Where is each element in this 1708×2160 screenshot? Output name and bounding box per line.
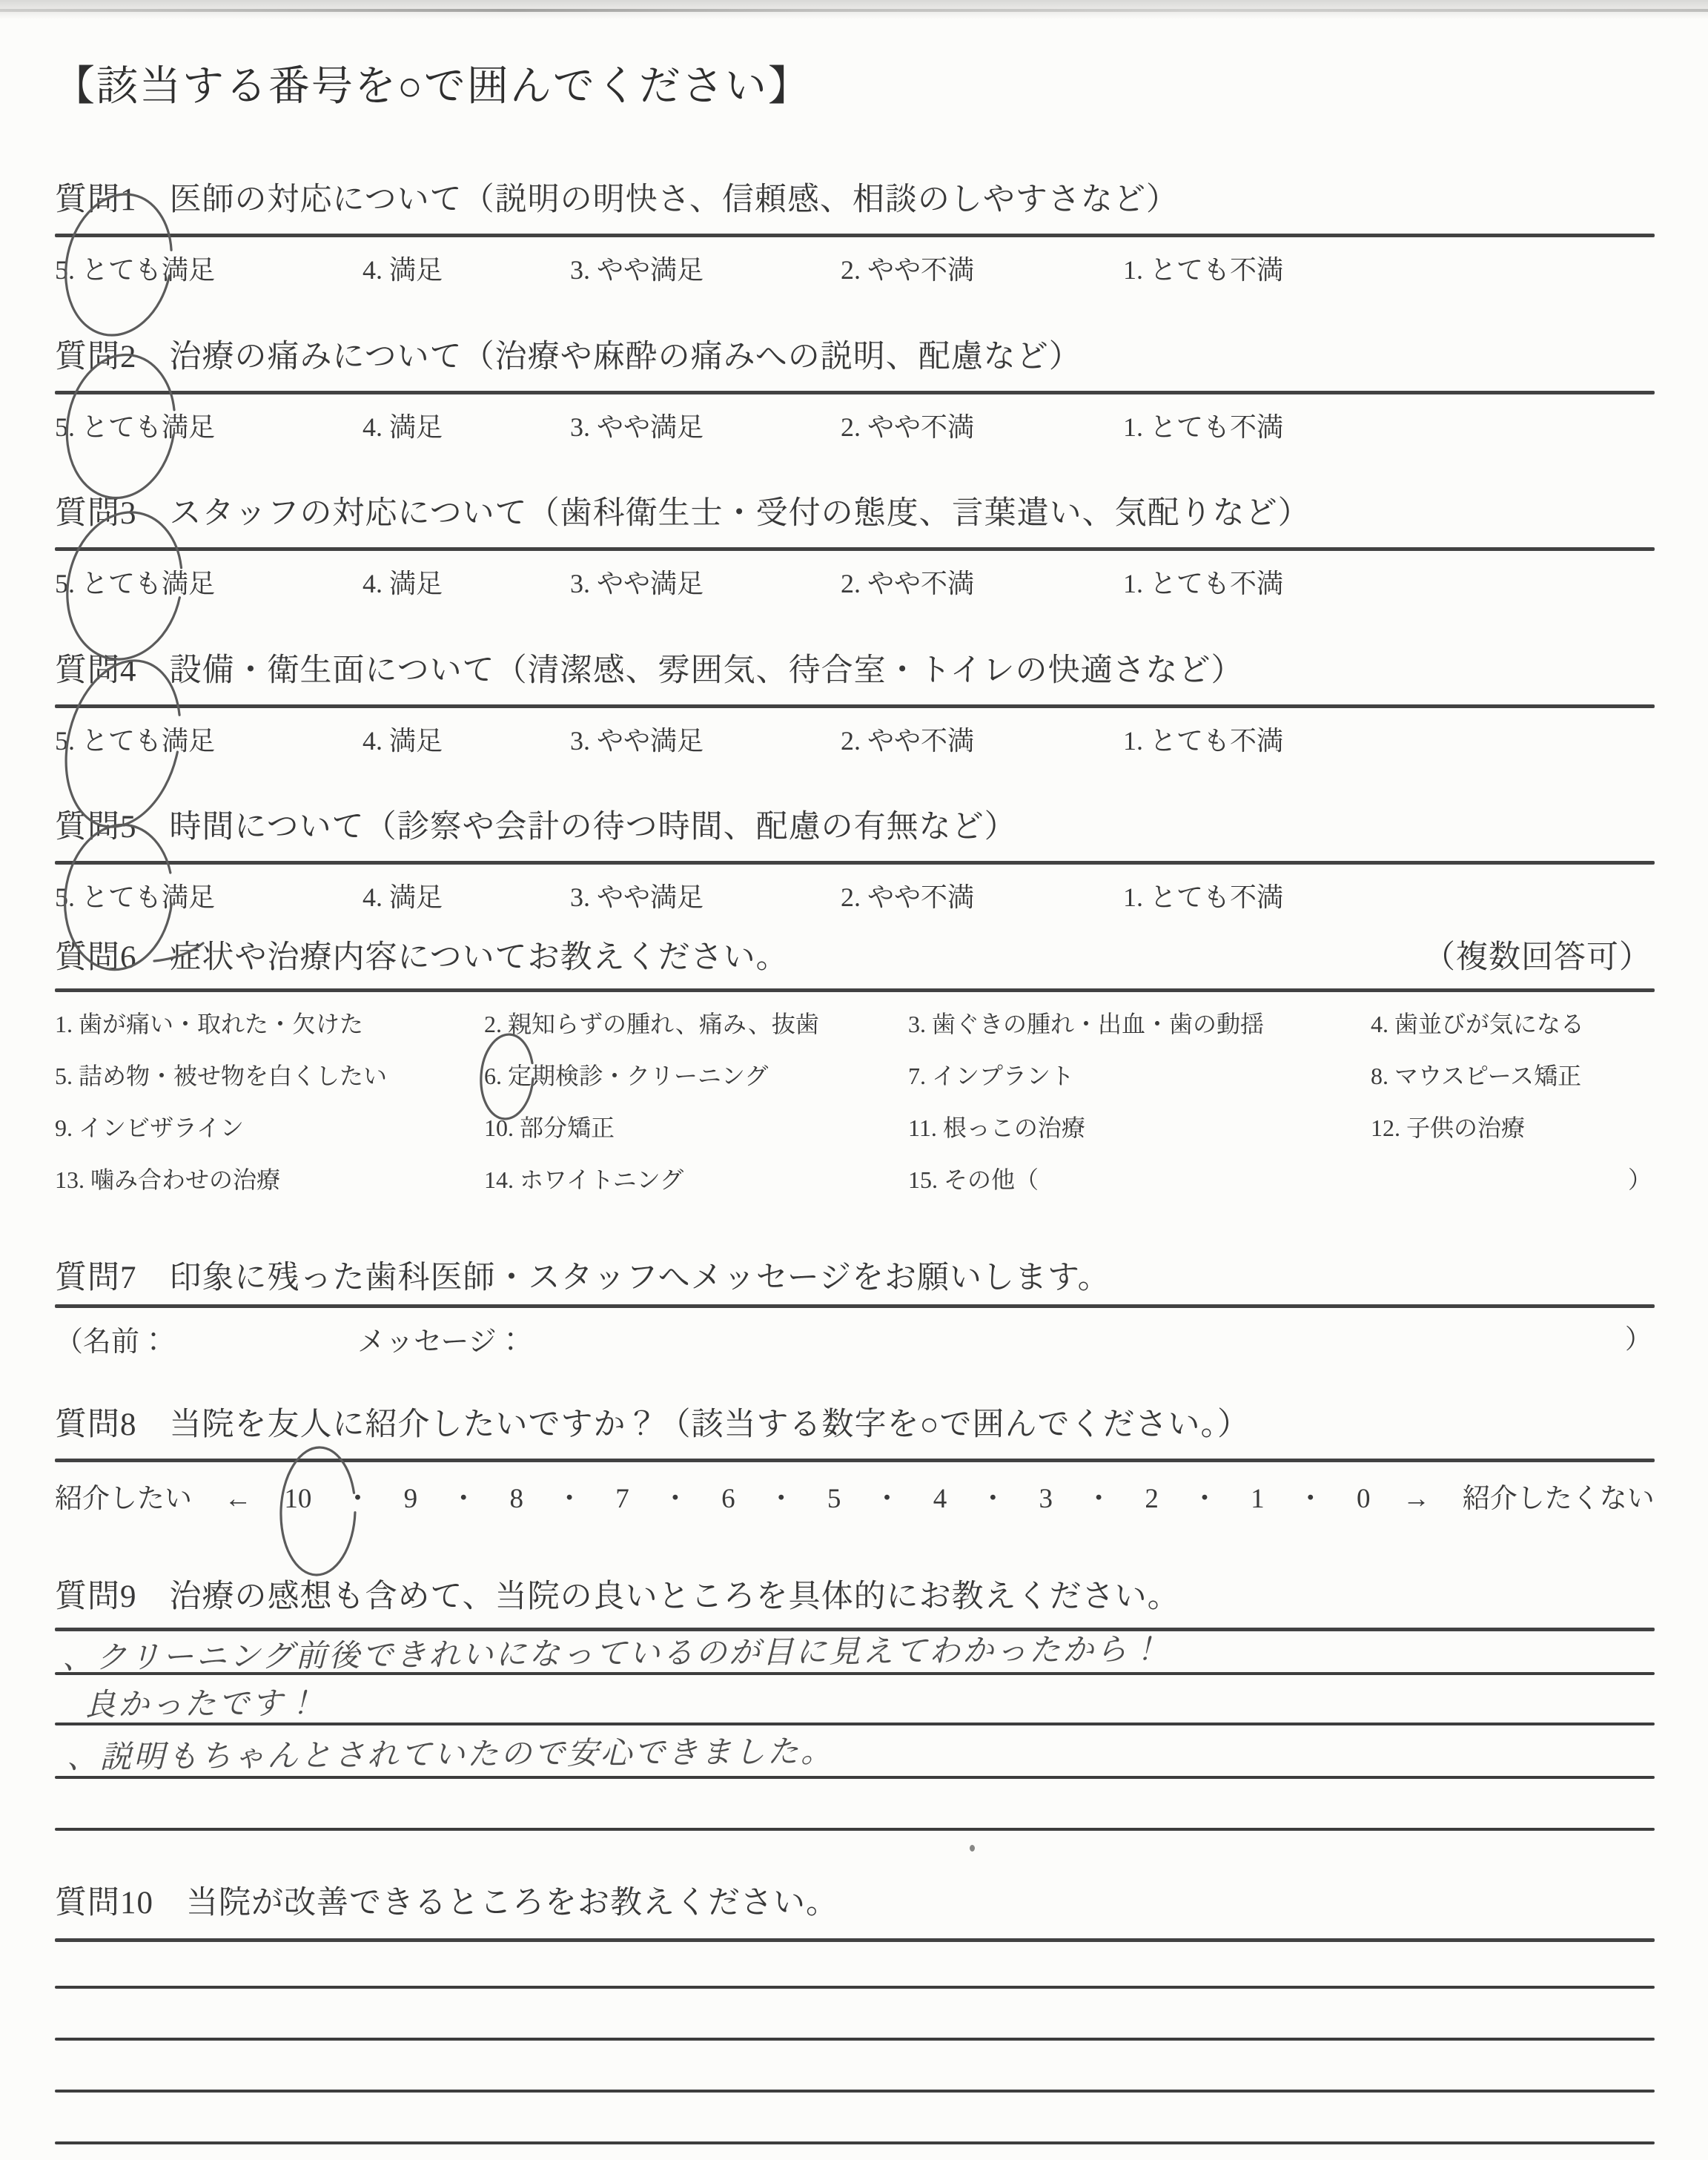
heading-underline — [55, 704, 1655, 708]
symptom-option-4: 4. 歯並びが気になる — [1371, 1005, 1584, 1040]
scale-number-9: 9 — [404, 1483, 418, 1515]
scale-right-label: 紹介したくない — [1463, 1476, 1655, 1516]
option-somewhat-satisfied: 3. やや満足 — [570, 563, 704, 601]
name-message-row: （名前： メッセージ： ） — [55, 1318, 1655, 1363]
scale-number-1: 1 — [1251, 1483, 1265, 1515]
question-3-heading: 質問3 スタッフの対応について（歯科衛生士・受付の態度、言葉遣い、気配りなど） — [55, 494, 1655, 534]
symptom-options-row-1: 1. 歯が痛い・取れた・欠けた 2. 親知らずの腫れ、痛み、抜歯 3. 歯ぐきの… — [55, 992, 1655, 1044]
symptom-option-8: 8. マウスピース矯正 — [1371, 1057, 1581, 1091]
dot-separator: ・ — [344, 1476, 371, 1516]
question-2-options: 5. とても満足 4. 満足 3. やや満足 2. やや不満 1. とても不満 — [55, 406, 1655, 445]
scale-number-4: 4 — [933, 1483, 947, 1515]
symptom-option-10: 10. 部分矯正 — [484, 1109, 615, 1143]
symptom-options-row-4: 13. 噛み合わせの治療 14. ホワイトニング 15. その他（ ） — [55, 1148, 1655, 1200]
symptom-option-5: 5. 詰め物・被せ物を白くしたい — [55, 1057, 387, 1091]
scale-left-label: 紹介したい — [55, 1476, 192, 1516]
symptom-options-row-2: 5. 詰め物・被せ物を白くしたい 6. 定期検診・クリーニング 7. インプラン… — [55, 1044, 1655, 1096]
question-7-section: 質問7 印象に残った歯科医師・スタッフへメッセージをお願いします。 （名前： メ… — [55, 1258, 1655, 1363]
question-10-heading: 質問10 当院が改善できるところをお教えください。 — [55, 1883, 1655, 1923]
answer-ruled-line — [55, 2090, 1655, 2093]
question-8-section: 質問8 当院を友人に紹介したいですか？（該当する数字を○で囲んでください。） 紹… — [55, 1405, 1655, 1516]
option-somewhat-dissatisfied: 2. やや不満 — [841, 249, 974, 287]
option-satisfied: 4. 満足 — [363, 563, 443, 601]
option-very-satisfied: 5. とても満足 — [55, 249, 215, 287]
answer-ruled-line — [55, 2141, 1655, 2144]
nps-scale-row: 紹介したい ← 10 ・ 9 ・ 8 ・ 7 ・ 6 ・ 5 ・ 4 ・ 3 ・… — [55, 1476, 1655, 1516]
symptom-option-12: 12. 子供の治療 — [1371, 1109, 1525, 1143]
question-4-options: 5. とても満足 4. 満足 3. やや満足 2. やや不満 1. とても不満 — [55, 720, 1655, 759]
dot-separator: ・ — [1191, 1476, 1218, 1516]
symptom-option-13: 13. 噛み合わせの治療 — [55, 1161, 280, 1195]
question-4-heading: 質問4 設備・衛生面について（清潔感、雰囲気、待合室・トイレの快適さなど） — [55, 651, 1655, 691]
heading-underline — [55, 1459, 1655, 1462]
option-satisfied: 4. 満足 — [363, 876, 443, 914]
answer-ruled-line — [55, 1986, 1655, 1989]
option-somewhat-satisfied: 3. やや満足 — [570, 720, 704, 758]
answer-ruled-line — [55, 1776, 1655, 1779]
option-satisfied: 4. 満足 — [363, 249, 443, 287]
ink-speck — [970, 1845, 975, 1852]
heading-underline — [55, 1938, 1655, 1942]
question-1-section: 質問1 医師の対応について（説明の明快さ、信頼感、相談のしやすさなど） 5. と… — [55, 180, 1655, 288]
option-very-satisfied: 5. とても満足 — [55, 563, 215, 601]
dot-separator: ・ — [450, 1476, 477, 1516]
question-6-heading-text: 質問6 症状や治療内容についてお教えください。 — [55, 940, 789, 975]
option-very-satisfied: 5. とても満足 — [55, 876, 215, 914]
answer-ruled-line — [55, 1828, 1655, 1831]
scale-number-3: 3 — [1039, 1483, 1053, 1515]
scan-edge-line — [0, 9, 1708, 12]
question-6-section: 質問6 症状や治療内容についてお教えください。 （複数回答可） 1. 歯が痛い・… — [55, 938, 1655, 1200]
question-1-heading: 質問1 医師の対応について（説明の明快さ、信頼感、相談のしやすさなど） — [55, 180, 1655, 220]
question-5-options: 5. とても満足 4. 満足 3. やや満足 2. やや不満 1. とても不満 — [55, 876, 1655, 915]
question-3-section: 質問3 スタッフの対応について（歯科衛生士・受付の態度、言葉遣い、気配りなど） … — [55, 494, 1655, 601]
question-4-section: 質問4 設備・衛生面について（清潔感、雰囲気、待合室・トイレの快適さなど） 5.… — [55, 651, 1655, 759]
dot-separator: ・ — [873, 1476, 901, 1516]
heading-underline — [55, 547, 1655, 551]
question-9-section: 質問9 治療の感想も含めて、当院の良いところを具体的にお教えください。 、クリー… — [55, 1577, 1655, 1844]
option-very-dissatisfied: 1. とても不満 — [1123, 406, 1283, 444]
symptom-option-1: 1. 歯が痛い・取れた・欠けた — [55, 1005, 363, 1040]
symptom-option-11: 11. 根っこの治療 — [908, 1109, 1085, 1143]
handwritten-answer-line: 良かったです！ — [85, 1679, 318, 1725]
question-3-options: 5. とても満足 4. 満足 3. やや満足 2. やや不満 1. とても不満 — [55, 563, 1655, 601]
symptom-option-14: 14. ホワイトニング — [484, 1161, 683, 1195]
symptom-option-2: 2. 親知らずの腫れ、痛み、抜歯 — [484, 1005, 819, 1040]
handwritten-answer-line: 、説明もちゃんとされていたので安心できました。 — [67, 1727, 834, 1777]
question-6-heading: 質問6 症状や治療内容についてお教えください。 （複数回答可） — [55, 938, 1655, 978]
option-somewhat-dissatisfied: 2. やや不満 — [841, 563, 974, 601]
scale-number-5: 5 — [827, 1483, 841, 1515]
right-arrow-icon: → — [1403, 1483, 1430, 1515]
left-arrow-icon: ← — [225, 1483, 252, 1515]
dot-separator: ・ — [556, 1476, 583, 1516]
dot-separator: ・ — [661, 1476, 689, 1516]
question-2-heading: 質問2 治療の痛みについて（治療や麻酔の痛みへの説明、配慮など） — [55, 337, 1655, 377]
option-very-dissatisfied: 1. とても不満 — [1123, 876, 1283, 914]
option-somewhat-satisfied: 3. やや満足 — [570, 406, 704, 444]
symptom-option-6: 6. 定期検診・クリーニング — [484, 1057, 768, 1091]
scale-number-6: 6 — [721, 1483, 735, 1515]
option-very-dissatisfied: 1. とても不満 — [1123, 720, 1283, 758]
dot-separator: ・ — [1297, 1476, 1324, 1516]
heading-underline — [55, 234, 1655, 237]
option-very-dissatisfied: 1. とても不満 — [1123, 563, 1283, 601]
option-somewhat-satisfied: 3. やや満足 — [570, 876, 704, 914]
multiple-answers-note: （複数回答可） — [1423, 938, 1652, 978]
dot-separator: ・ — [979, 1476, 1007, 1516]
symptom-option-9: 9. インビザライン — [55, 1109, 244, 1143]
option-somewhat-dissatisfied: 2. やや不満 — [841, 406, 974, 444]
option-very-satisfied: 5. とても満足 — [55, 720, 215, 758]
heading-underline — [55, 391, 1655, 394]
option-satisfied: 4. 満足 — [363, 406, 443, 444]
question-5-heading: 質問5 時間について（診察や会計の待つ時間、配慮の有無など） — [55, 807, 1655, 848]
name-field-label: （名前： — [55, 1318, 168, 1359]
question-1-options: 5. とても満足 4. 満足 3. やや満足 2. やや不満 1. とても不満 — [55, 249, 1655, 288]
form-title: 【該当する番号を○で囲んでください】 — [53, 53, 811, 113]
heading-underline — [55, 861, 1655, 865]
scale-number-8: 8 — [509, 1483, 523, 1515]
heading-underline — [55, 1304, 1655, 1308]
question-8-heading: 質問8 当院を友人に紹介したいですか？（該当する数字を○で囲んでください。） — [55, 1405, 1655, 1445]
option-somewhat-dissatisfied: 2. やや不満 — [841, 720, 974, 758]
scale-number-10: 10 — [284, 1483, 311, 1515]
message-field-label: メッセージ： — [357, 1318, 525, 1359]
symptom-option-7: 7. インプラント — [908, 1057, 1074, 1091]
dot-separator: ・ — [1085, 1476, 1113, 1516]
scale-number-7: 7 — [615, 1483, 629, 1515]
scale-number-0: 0 — [1357, 1483, 1371, 1515]
message-closing-paren: ） — [1625, 1318, 1652, 1356]
option-somewhat-dissatisfied: 2. やや不満 — [841, 876, 974, 914]
question-2-section: 質問2 治療の痛みについて（治療や麻酔の痛みへの説明、配慮など） 5. とても満… — [55, 337, 1655, 445]
question-9-heading: 質問9 治療の感想も含めて、当院の良いところを具体的にお教えください。 — [55, 1577, 1655, 1617]
other-closing-paren: ） — [1628, 1161, 1652, 1195]
option-very-satisfied: 5. とても満足 — [55, 406, 215, 444]
dot-separator: ・ — [767, 1476, 795, 1516]
option-satisfied: 4. 満足 — [363, 720, 443, 758]
option-very-dissatisfied: 1. とても不満 — [1123, 249, 1283, 287]
question-5-section: 質問5 時間について（診察や会計の待つ時間、配慮の有無など） 5. とても満足 … — [55, 807, 1655, 915]
scale-number-2: 2 — [1145, 1483, 1159, 1515]
symptom-options-row-3: 9. インビザライン 10. 部分矯正 11. 根っこの治療 12. 子供の治療 — [55, 1096, 1655, 1148]
option-somewhat-satisfied: 3. やや満足 — [570, 249, 704, 287]
question-10-section: 質問10 当院が改善できるところをお教えください。 — [55, 1883, 1655, 2158]
scanned-survey-form: 【該当する番号を○で囲んでください】 質問1 医師の対応について（説明の明快さ、… — [0, 0, 1708, 2160]
question-7-heading: 質問7 印象に残った歯科医師・スタッフへメッセージをお願いします。 — [55, 1258, 1655, 1298]
answer-ruled-line — [55, 2038, 1655, 2041]
symptom-option-3: 3. 歯ぐきの腫れ・出血・歯の動揺 — [908, 1005, 1264, 1040]
handwritten-answer-line: 、クリーニング前後できれいになっているのが目に見えてわかったから！ — [62, 1625, 1163, 1678]
symptom-option-15-other: 15. その他（ — [908, 1161, 1039, 1195]
